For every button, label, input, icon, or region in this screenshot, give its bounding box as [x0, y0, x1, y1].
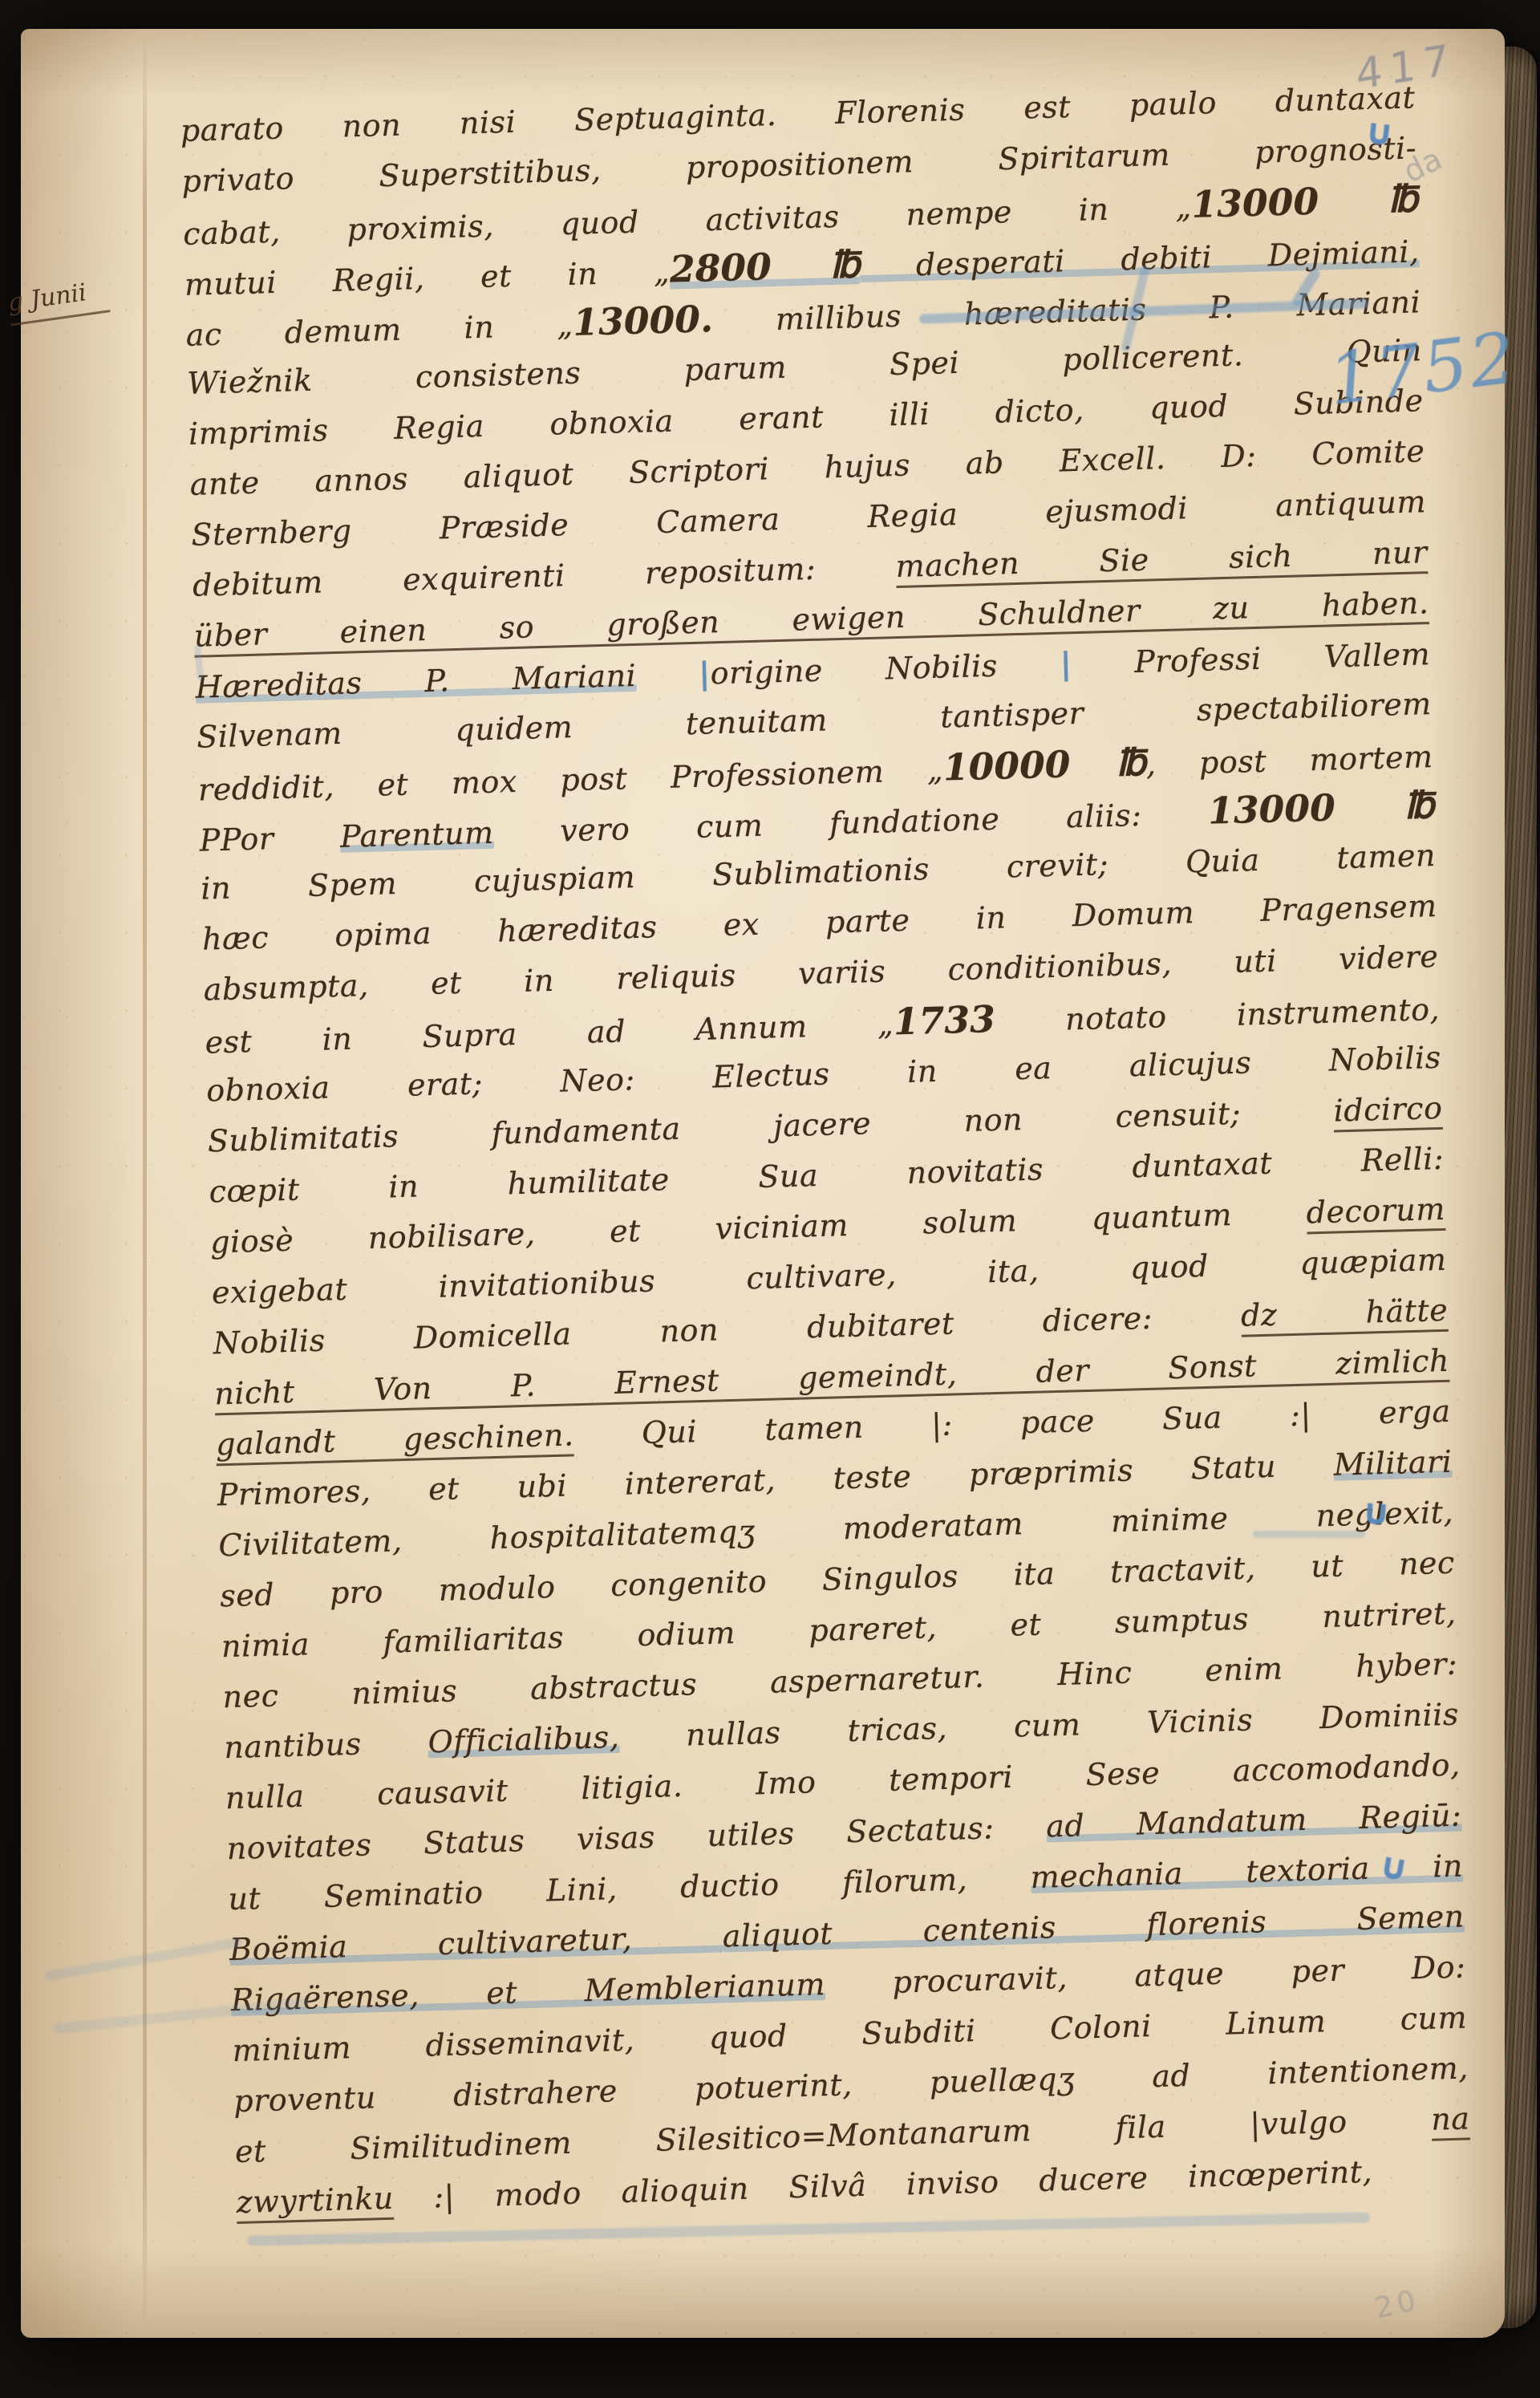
- manuscript-text-segment: 13000 ℔: [1191, 177, 1419, 226]
- manuscript-page: g Junii parato non nisi Septuaginta. Flo…: [21, 29, 1505, 2338]
- manuscript-text-segment: notato instrumento,: [995, 992, 1440, 1039]
- blue-check-mark: ∪: [1363, 111, 1396, 154]
- manuscript-text-segment: mutui Regii, et in „: [184, 254, 670, 302]
- manuscript-text-segment: nantibus: [224, 1724, 428, 1765]
- manuscript-text-segment: [636, 656, 699, 693]
- ink-underlined-text: dz hätte: [1240, 1292, 1448, 1337]
- ink-underlined-text: zwyrtinku: [236, 2181, 394, 2224]
- manuscript-text-segment: procuravit, atque per Do:: [825, 1949, 1466, 2002]
- blue-marked-text: Militari: [1333, 1444, 1453, 1483]
- ink-underlined-text: na: [1431, 2100, 1470, 2140]
- blue-crayon-stroke: [1253, 1531, 1365, 1538]
- blue-marked-text: Officialibus,: [428, 1719, 620, 1759]
- blue-marked-text: Rigaërense, et Memblerianum: [230, 1966, 825, 2018]
- book-photograph: g Junii parato non nisi Septuaginta. Flo…: [0, 0, 1540, 2398]
- pencil-bottom-number: 20: [1372, 2284, 1422, 2326]
- manuscript-text-segment: 10000 ℔: [942, 740, 1146, 789]
- manuscript-text-segment: |: [1060, 645, 1072, 681]
- ink-underlined-text: decorum: [1306, 1191, 1445, 1235]
- manuscript-text-segment: ac demum in „: [185, 307, 573, 353]
- manuscript-text-segment: |: [699, 655, 711, 691]
- blue-marked-text: 2800 ℔: [669, 242, 861, 290]
- margin-note-ink: g Junii: [6, 276, 110, 327]
- blue-check-mark: ∪: [1360, 1491, 1392, 1534]
- manuscript-text-segment: 1733: [893, 997, 995, 1043]
- gutter-crease: [143, 29, 147, 2338]
- pencil-folio-number: 417: [1355, 35, 1457, 99]
- manuscript-text-segment: 13000 ℔: [1207, 783, 1434, 833]
- manuscript-text-segment: origine Nobilis: [710, 647, 1060, 692]
- ink-underlined-text: idcirco: [1333, 1090, 1443, 1133]
- blue-marked-text: Parentum: [340, 815, 495, 854]
- manuscript-text-segment: 13000.: [573, 297, 714, 344]
- blue-marked-text: Boëmia cultivaretur,: [229, 1919, 723, 1968]
- ink-underlined-text: galandt geschinen.: [216, 1417, 575, 1466]
- manuscript-text-segment: Professi Vallem: [1072, 636, 1431, 681]
- blue-marked-text: ad Mandatum Regiū:: [1046, 1798, 1462, 1844]
- blue-marked-text: Hæreditas P. Mariani: [195, 658, 637, 705]
- manuscript-text-block: parato non nisi Septuaginta. Florenis es…: [180, 72, 1472, 2228]
- manuscript-text-segment: PPor: [199, 819, 341, 858]
- manuscript-text-segment: , post mortem: [1145, 739, 1433, 782]
